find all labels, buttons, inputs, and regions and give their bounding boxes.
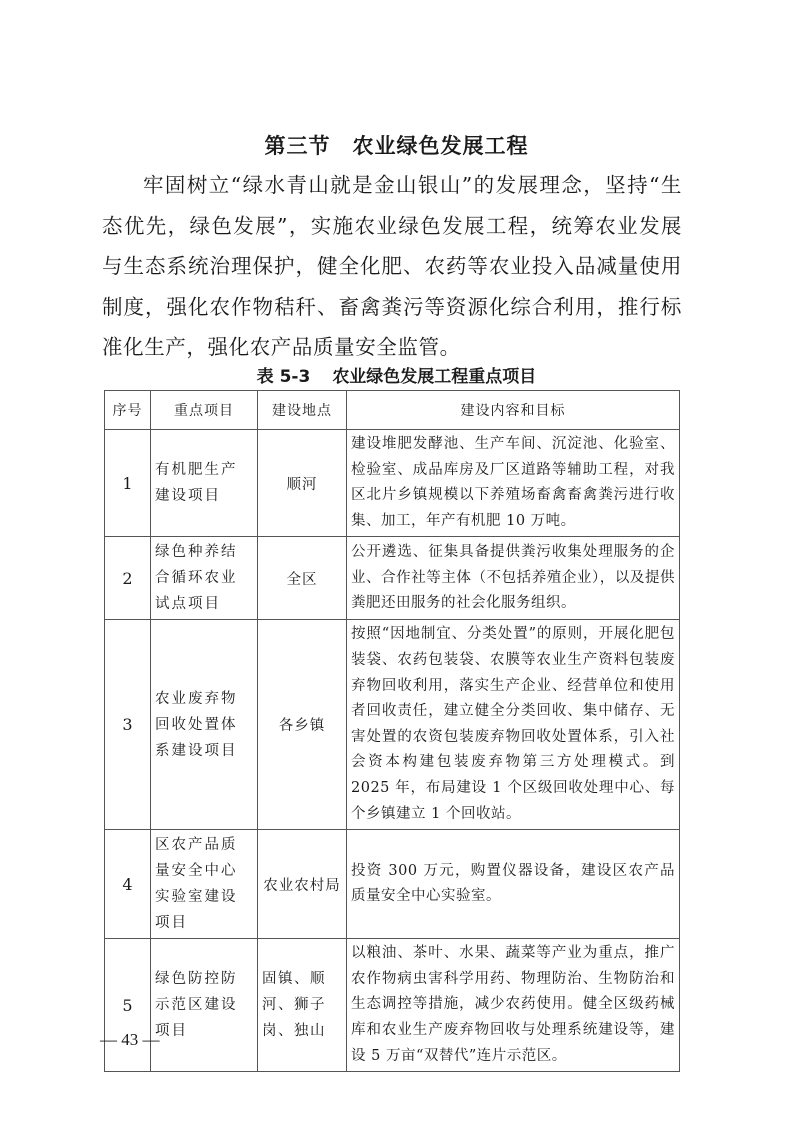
projects-table: 序号 重点项目 建设地点 建设内容和目标 1 有机肥生产建设项目 顺河 建设堆肥… [104,390,680,1072]
page-number: — 43 — [100,1030,160,1050]
project-name: 区农产品质量安全中心实验室建设项目 [151,830,258,939]
table-row: 5 绿色防控防示范区建设项目 固镇、顺河、狮子岗、独山 以粮油、茶叶、水果、蔬菜… [105,939,680,1072]
header-content: 建设内容和目标 [347,391,680,430]
table-row: 2 绿色种养结合循环农业试点项目 全区 公开遴选、征集具备提供粪污收集处理服务的… [105,537,680,620]
project-location: 各乡镇 [258,620,347,830]
project-content: 按照“因地制宜、分类处置”的原则，开展化肥包装袋、农药包装袋、农膜等农业生产资料… [347,620,680,830]
table-caption: 表 5-3农业绿色发展工程重点项目 [0,362,793,387]
project-name: 绿色防控防示范区建设项目 [151,939,258,1072]
table-caption-number: 表 5-3 [257,367,311,387]
row-number: 5 [105,939,151,1072]
row-number: 3 [105,620,151,830]
project-location: 全区 [258,537,347,620]
project-location: 顺河 [258,430,347,537]
section-heading: 农业绿色发展工程 [353,134,529,158]
table-row: 3 农业废弃物回收处置体系建设项目 各乡镇 按照“因地制宜、分类处置”的原则，开… [105,620,680,830]
project-content: 以粮油、茶叶、水果、蔬菜等产业为重点，推广农作物病虫害科学用药、物理防治、生物防… [347,939,680,1072]
project-content: 投资 300 万元，购置仪器设备，建设区农产品质量安全中心实验室。 [347,830,680,939]
project-content: 公开遴选、征集具备提供粪污收集处理服务的企业、合作社等主体（不包括养殖企业），以… [347,537,680,620]
row-number: 4 [105,830,151,939]
project-content: 建设堆肥发酵池、生产车间、沉淀池、化验室、检验室、成品库房及厂区道路等辅助工程，… [347,430,680,537]
table-header-row: 序号 重点项目 建设地点 建设内容和目标 [105,391,680,430]
section-number: 第三节 [265,134,331,158]
table-row: 4 区农产品质量安全中心实验室建设项目 农业农村局 投资 300 万元，购置仪器… [105,830,680,939]
table-caption-title: 农业绿色发展工程重点项目 [332,367,536,387]
header-project: 重点项目 [151,391,258,430]
row-number: 1 [105,430,151,537]
project-name: 农业废弃物回收处置体系建设项目 [151,620,258,830]
header-location: 建设地点 [258,391,347,430]
project-location: 农业农村局 [258,830,347,939]
header-no: 序号 [105,391,151,430]
project-location: 固镇、顺河、狮子岗、独山 [258,939,347,1072]
row-number: 2 [105,537,151,620]
project-name: 有机肥生产建设项目 [151,430,258,537]
table-row: 1 有机肥生产建设项目 顺河 建设堆肥发酵池、生产车间、沉淀池、化验室、检验室、… [105,430,680,537]
project-name: 绿色种养结合循环农业试点项目 [151,537,258,620]
body-paragraph: 牢固树立“绿水青山就是金山银山”的发展理念，坚持“生态优先，绿色发展”，实施农业… [102,165,682,368]
section-title: 第三节农业绿色发展工程 [0,130,793,160]
